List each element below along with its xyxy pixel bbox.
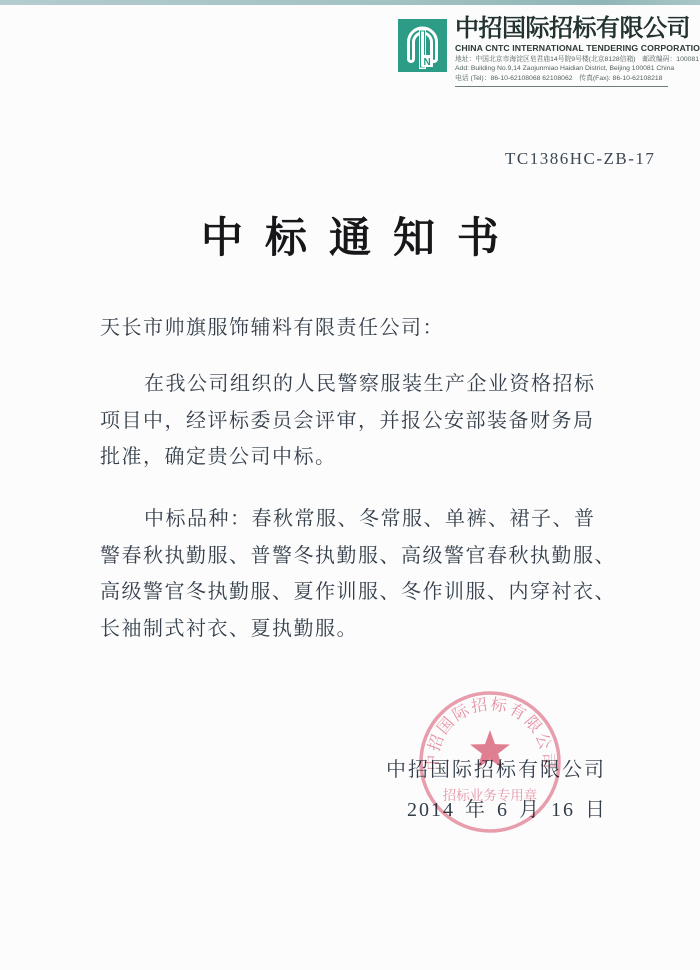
signature-date: 2014 年 6 月 16 日	[407, 793, 607, 822]
reference-number: TC1386HC-ZB-17	[505, 149, 655, 169]
paragraph-awarded-items: 中标品种：春秋常服、冬常服、单裤、裙子、普 警春秋执勤服、普警冬执勤服、高级警官…	[100, 501, 616, 647]
paragraph-line: 在我公司组织的人民警察服装生产企业资格招标	[100, 366, 596, 403]
letterhead-rule	[455, 86, 668, 87]
paragraph-line: 长袖制式衬衣、夏执勤服。	[100, 611, 616, 648]
company-name-cn: 中招国际招标有限公司	[455, 16, 692, 42]
paragraph-award-decision: 在我公司组织的人民警察服装生产企业资格招标 项目中，经评标委员会评审，并报公安部…	[100, 366, 596, 476]
svg-text:N: N	[424, 57, 431, 68]
paragraph-line: 项目中，经评标委员会评审，并报公安部装备财务局	[100, 403, 596, 440]
letterhead-text: 中招国际招标有限公司 CHINA CNTC INTERNATIONAL TEND…	[455, 16, 692, 87]
paragraph-line: 中标品种：春秋常服、冬常服、单裤、裙子、普	[100, 501, 616, 538]
scanned-letter-page: N 中招国际招标有限公司 CHINA CNTC INTERNATIONAL TE…	[0, 0, 700, 970]
paragraph-line: 批准，确定贵公司中标。	[100, 439, 596, 476]
signature-company-name: 中招国际招标有限公司	[386, 753, 606, 782]
document-title: 中标通知书	[0, 205, 700, 265]
contact-block: 地址：中国北京市海淀区皂君庙14号院9号楼(北京8128信箱) 邮政编码：100…	[455, 55, 692, 83]
salutation: 天长市帅旗服饰辅料有限责任公司：	[100, 311, 444, 340]
cntc-monogram-icon: N	[398, 19, 447, 72]
phone-fax-line: 电话 (Tel)：86-10-62108068 62108062 传真(Fax)…	[455, 74, 692, 83]
address-line-cn: 地址：中国北京市海淀区皂君庙14号院9号楼(北京8128信箱) 邮政编码：100…	[455, 55, 692, 64]
address-line-en: Add: Building No.9,14 Zaojunmiao Haidian…	[455, 64, 692, 73]
paragraph-line: 高级警官冬执勤服、夏作训服、冬作训服、内穿衬衣、	[100, 574, 616, 611]
paragraph-line: 警春秋执勤服、普警冬执勤服、高级警官春秋执勤服、	[100, 538, 616, 575]
company-name-en: CHINA CNTC INTERNATIONAL TENDERING CORPO…	[455, 43, 692, 53]
letterhead: N 中招国际招标有限公司 CHINA CNTC INTERNATIONAL TE…	[398, 16, 692, 87]
scanner-edge-band	[0, 0, 700, 5]
company-logo-icon: N	[398, 19, 447, 72]
